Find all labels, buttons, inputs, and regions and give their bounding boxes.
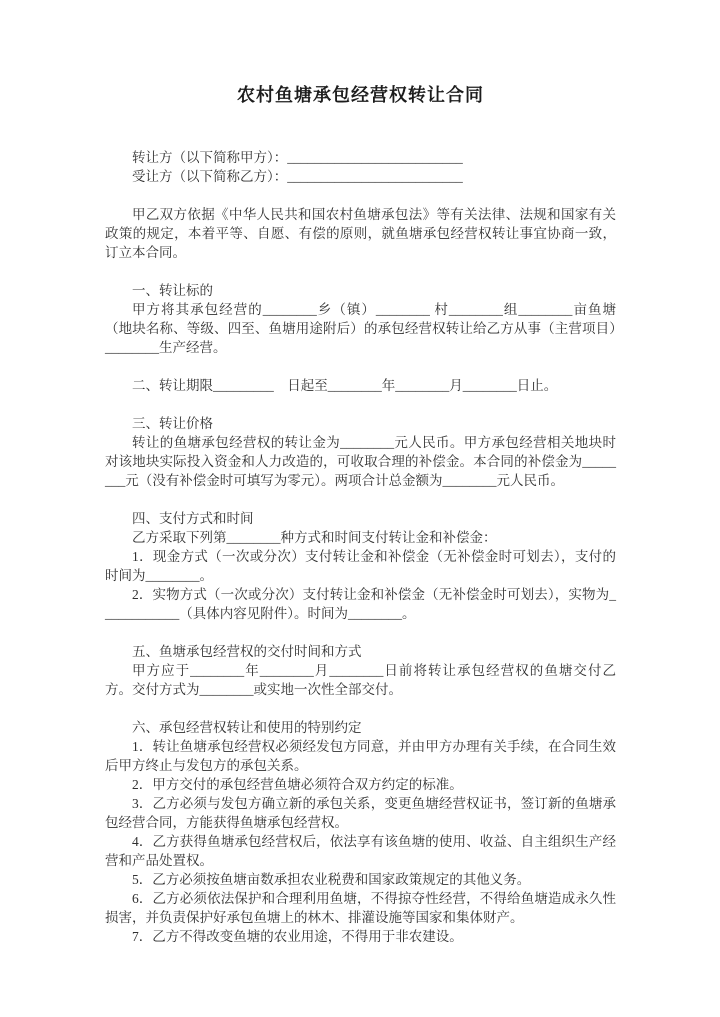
contract-paragraph: 乙方采取下列第________种方式和时间支付转让金和补偿金： xyxy=(105,528,616,547)
contract-paragraph: 2．实物方式（一次或分次）支付转让金和补偿金（无补偿金时可划去），实物为____… xyxy=(105,585,616,623)
section-heading: 四、支付方式和时间 xyxy=(105,509,616,528)
section-transfer-price: 三、转让价格 转让的鱼塘承包经营权的转让金为________元人民币。甲方承包经… xyxy=(105,414,616,490)
section-special-provisions: 六、承包经营权转让和使用的特别约定 1．转让鱼塘承包经营权必须经发包方同意，并由… xyxy=(105,718,616,946)
contract-paragraph: 转让的鱼塘承包经营权的转让金为________元人民币。甲方承包经营相关地块时对… xyxy=(105,433,616,490)
section-heading: 六、承包经营权转让和使用的特别约定 xyxy=(105,718,616,737)
contract-paragraph: 5．乙方必须按鱼塘亩数承担农业税费和国家政策规定的其他义务。 xyxy=(105,870,616,889)
contract-paragraph: 7．乙方不得改变鱼塘的农业用途，不得用于非农建设。 xyxy=(105,927,616,946)
contract-paragraph: 2．甲方交付的承包经营鱼塘必须符合双方约定的标准。 xyxy=(105,775,616,794)
contract-paragraph: 1．现金方式（一次或分次）支付转让金和补偿金（无补偿金时可划去），支付的时间为_… xyxy=(105,547,616,585)
section-transfer-subject: 一、转让标的 甲方将其承包经营的________乡（镇）________ 村__… xyxy=(105,281,616,357)
section-heading: 二、转让期限_________ 日起至________年________月___… xyxy=(105,376,616,395)
party-line-yi: 受让方（以下简称乙方）：__________________________ xyxy=(105,167,616,186)
section-heading: 五、鱼塘承包经营权的交付时间和方式 xyxy=(105,642,616,661)
contract-paragraph: 甲方将其承包经营的________乡（镇）________ 村________组… xyxy=(105,300,616,357)
party-block: 转让方（以下简称甲方）：__________________________ 受… xyxy=(105,148,616,186)
section-heading: 三、转让价格 xyxy=(105,414,616,433)
section-transfer-term: 二、转让期限_________ 日起至________年________月___… xyxy=(105,376,616,395)
contract-paragraph: 甲方应于________年________月________日前将转让承包经营权… xyxy=(105,661,616,699)
contract-paragraph: 4．乙方获得鱼塘承包经营权后，依法享有该鱼塘的使用、收益、自主组织生产经营和产品… xyxy=(105,832,616,870)
contract-paragraph: 6．乙方必须依法保护和合理利用鱼塘，不得掠夺性经营，不得给鱼塘造成永久性损害，并… xyxy=(105,889,616,927)
page-title: 农村鱼塘承包经营权转让合同 xyxy=(105,84,616,106)
contract-paragraph: 1．转让鱼塘承包经营权必须经发包方同意，并由甲方办理有关手续，在合同生效后甲方终… xyxy=(105,737,616,775)
preamble-paragraph: 甲乙双方依据《中华人民共和国农村鱼塘承包法》等有关法律、法规和国家有关政策的规定… xyxy=(105,205,616,262)
section-heading: 一、转让标的 xyxy=(105,281,616,300)
contract-paragraph: 3．乙方必须与发包方确立新的承包关系，变更鱼塘经营权证书，签订新的鱼塘承包经营合… xyxy=(105,794,616,832)
section-payment: 四、支付方式和时间 乙方采取下列第________种方式和时间支付转让金和补偿金… xyxy=(105,509,616,623)
contract-page: 农村鱼塘承包经营权转让合同 转让方（以下简称甲方）：______________… xyxy=(0,0,720,1017)
section-delivery: 五、鱼塘承包经营权的交付时间和方式 甲方应于________年________月… xyxy=(105,642,616,699)
party-line-jia: 转让方（以下简称甲方）：__________________________ xyxy=(105,148,616,167)
